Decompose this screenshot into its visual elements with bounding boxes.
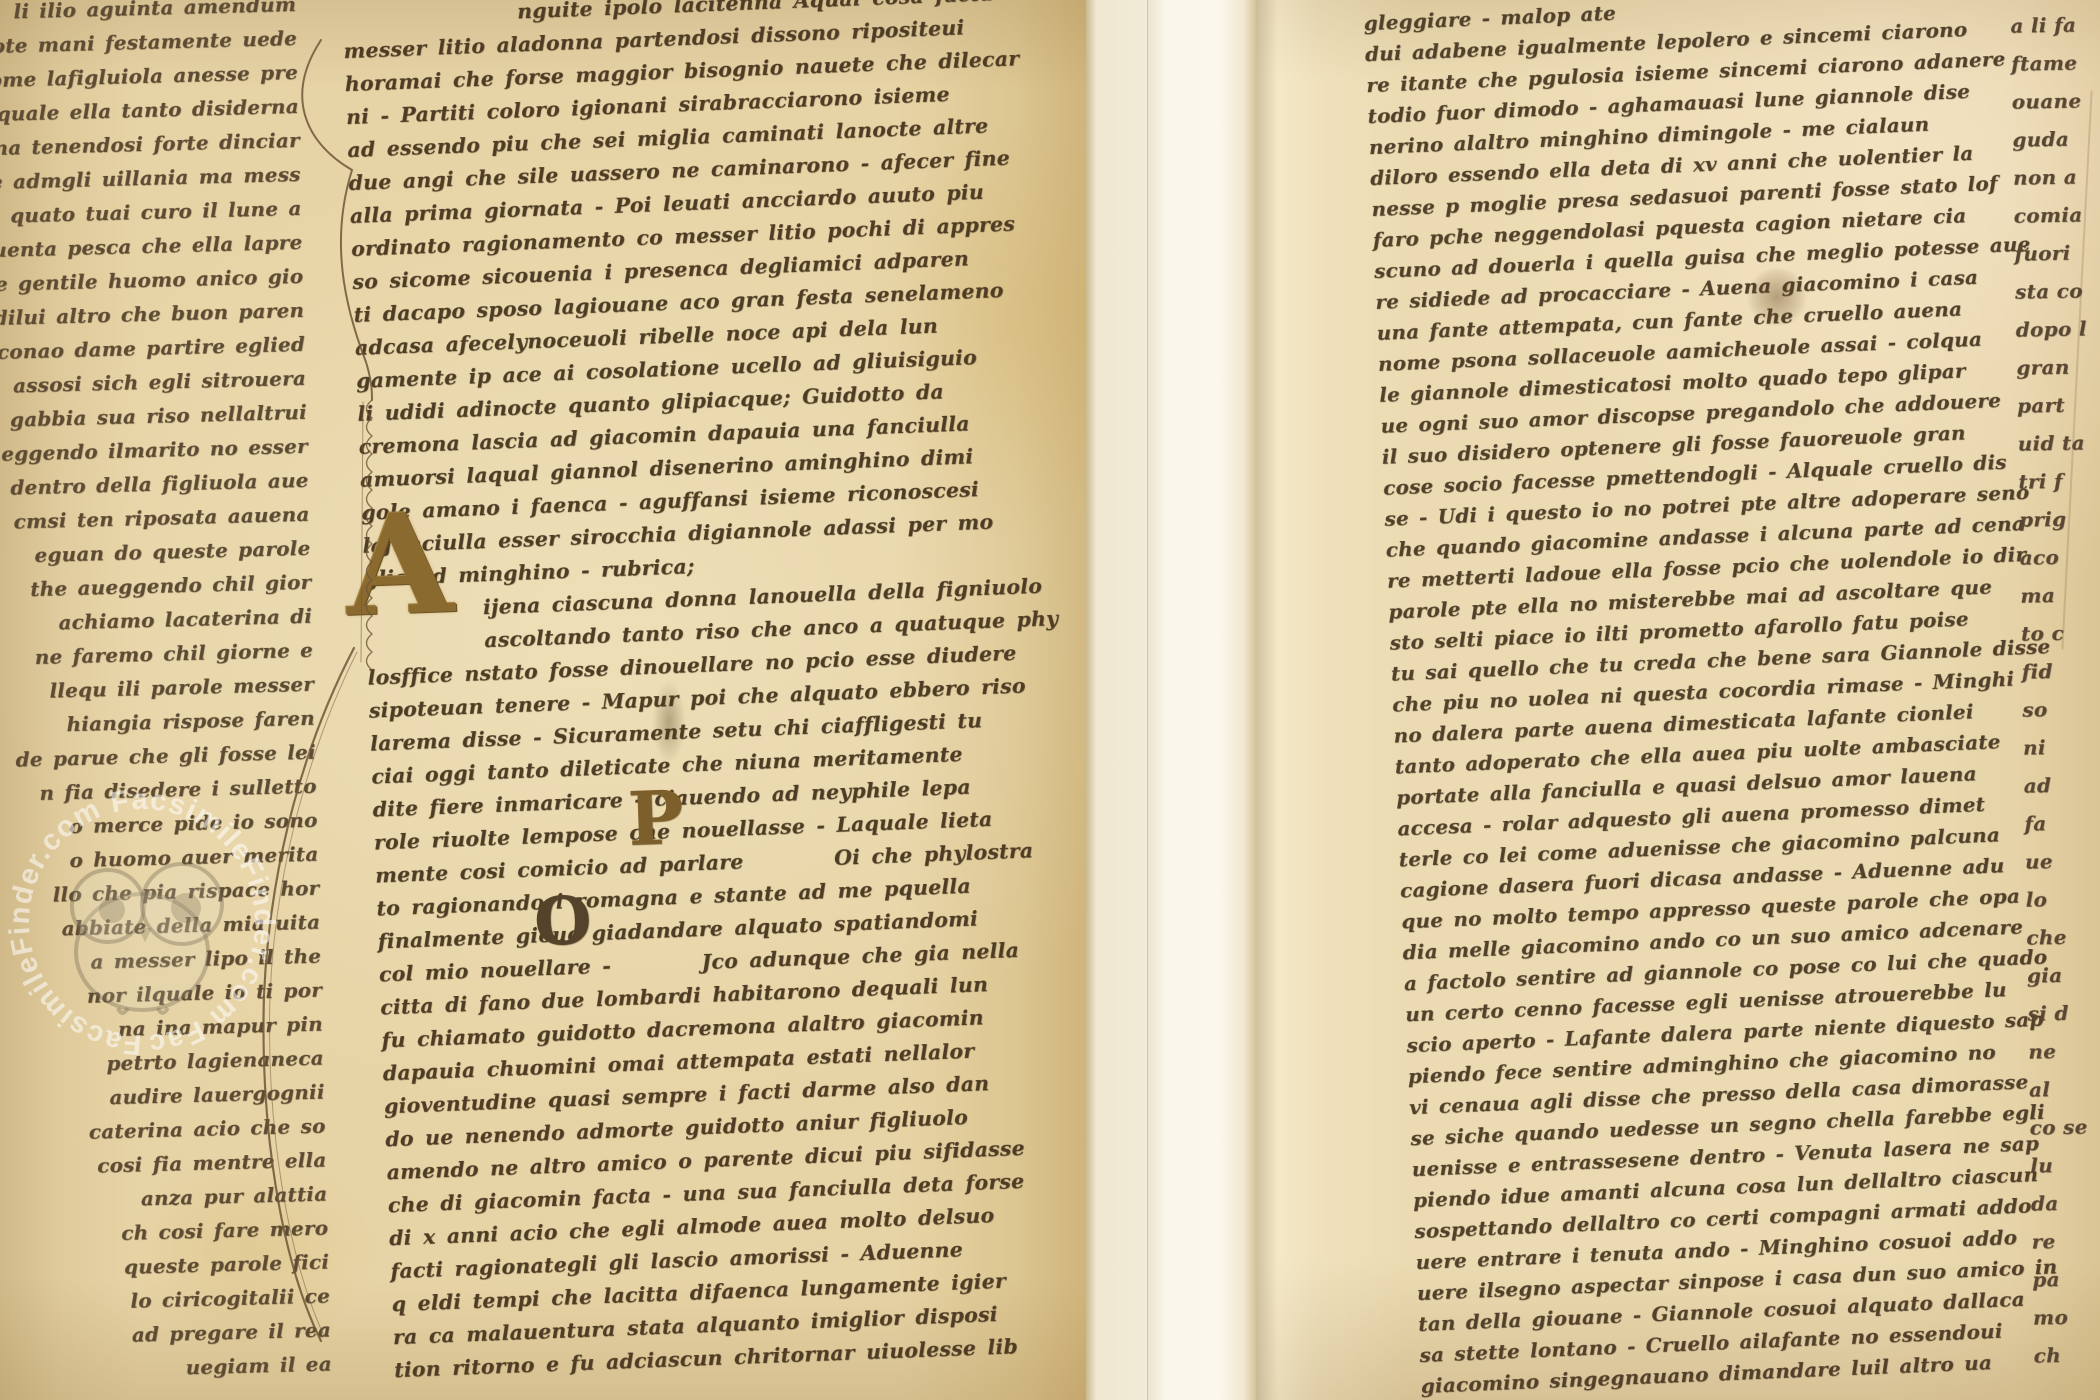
flourish-tail-inner bbox=[269, 652, 357, 1336]
flourish-inner-line bbox=[361, 402, 363, 662]
manuscript-photo: { "manuscript": { "description_title": "… bbox=[0, 0, 2100, 1400]
watermark: FacsimileFinder.com FacsimileFinder.com … bbox=[2, 782, 282, 1062]
margin-pen-flourish bbox=[0, 0, 2100, 1400]
flourish-penwork-loops bbox=[367, 400, 373, 670]
flourish-upper-stroke bbox=[302, 40, 372, 400]
owl-logo-icon bbox=[72, 864, 222, 1013]
